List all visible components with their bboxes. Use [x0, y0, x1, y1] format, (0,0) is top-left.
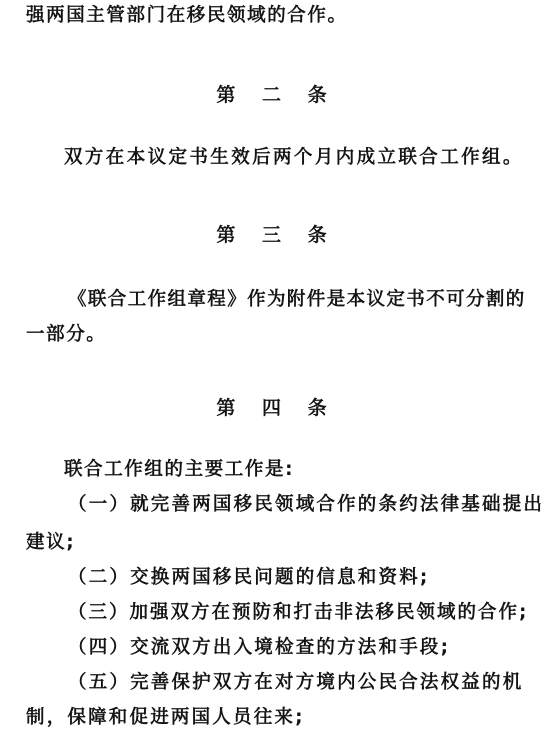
article-4-heading: 第 四 条	[0, 396, 543, 420]
article-4-item-5-line-1: （五）完善保护双方在对方境内公民合法权益的机	[68, 671, 523, 695]
heading-char: 二	[262, 83, 281, 107]
article-4-item-1-line-1: （一）就完善两国移民领域合作的条约法律基础提出	[68, 493, 543, 517]
heading-char: 三	[262, 223, 281, 247]
article-4-item-3: （三）加强双方在预防和打击非法移民领域的合作;	[68, 601, 528, 625]
article-4-item-5-line-2: 制，保障和促进两国人员往来;	[26, 706, 305, 730]
article-3-heading: 第 三 条	[0, 223, 543, 247]
article-3-body-line-2: 一部分。	[26, 323, 106, 347]
heading-char: 第	[216, 223, 235, 247]
article-1-continuation: 强两国主管部门在移民领域的合作。	[26, 4, 348, 28]
heading-char: 条	[308, 83, 327, 107]
article-4-item-4: （四）交流双方出入境检查的方法和手段;	[68, 636, 450, 660]
heading-char: 四	[262, 396, 281, 420]
article-4-intro: 联合工作组的主要工作是:	[64, 458, 294, 482]
article-2-heading: 第 二 条	[0, 83, 543, 107]
heading-char: 条	[308, 396, 327, 420]
article-4-item-1-line-2: 建议;	[26, 531, 75, 555]
heading-char: 第	[216, 396, 235, 420]
heading-char: 第	[216, 83, 235, 107]
article-2-body: 双方在本议定书生效后两个月内成立联合工作组。	[64, 146, 524, 170]
article-4-item-2: （二）交换两国移民问题的信息和资料;	[68, 566, 430, 590]
article-3-body-line-1: 《联合工作组章程》作为附件是本议定书不可分割的	[68, 288, 526, 312]
heading-char: 条	[308, 223, 327, 247]
